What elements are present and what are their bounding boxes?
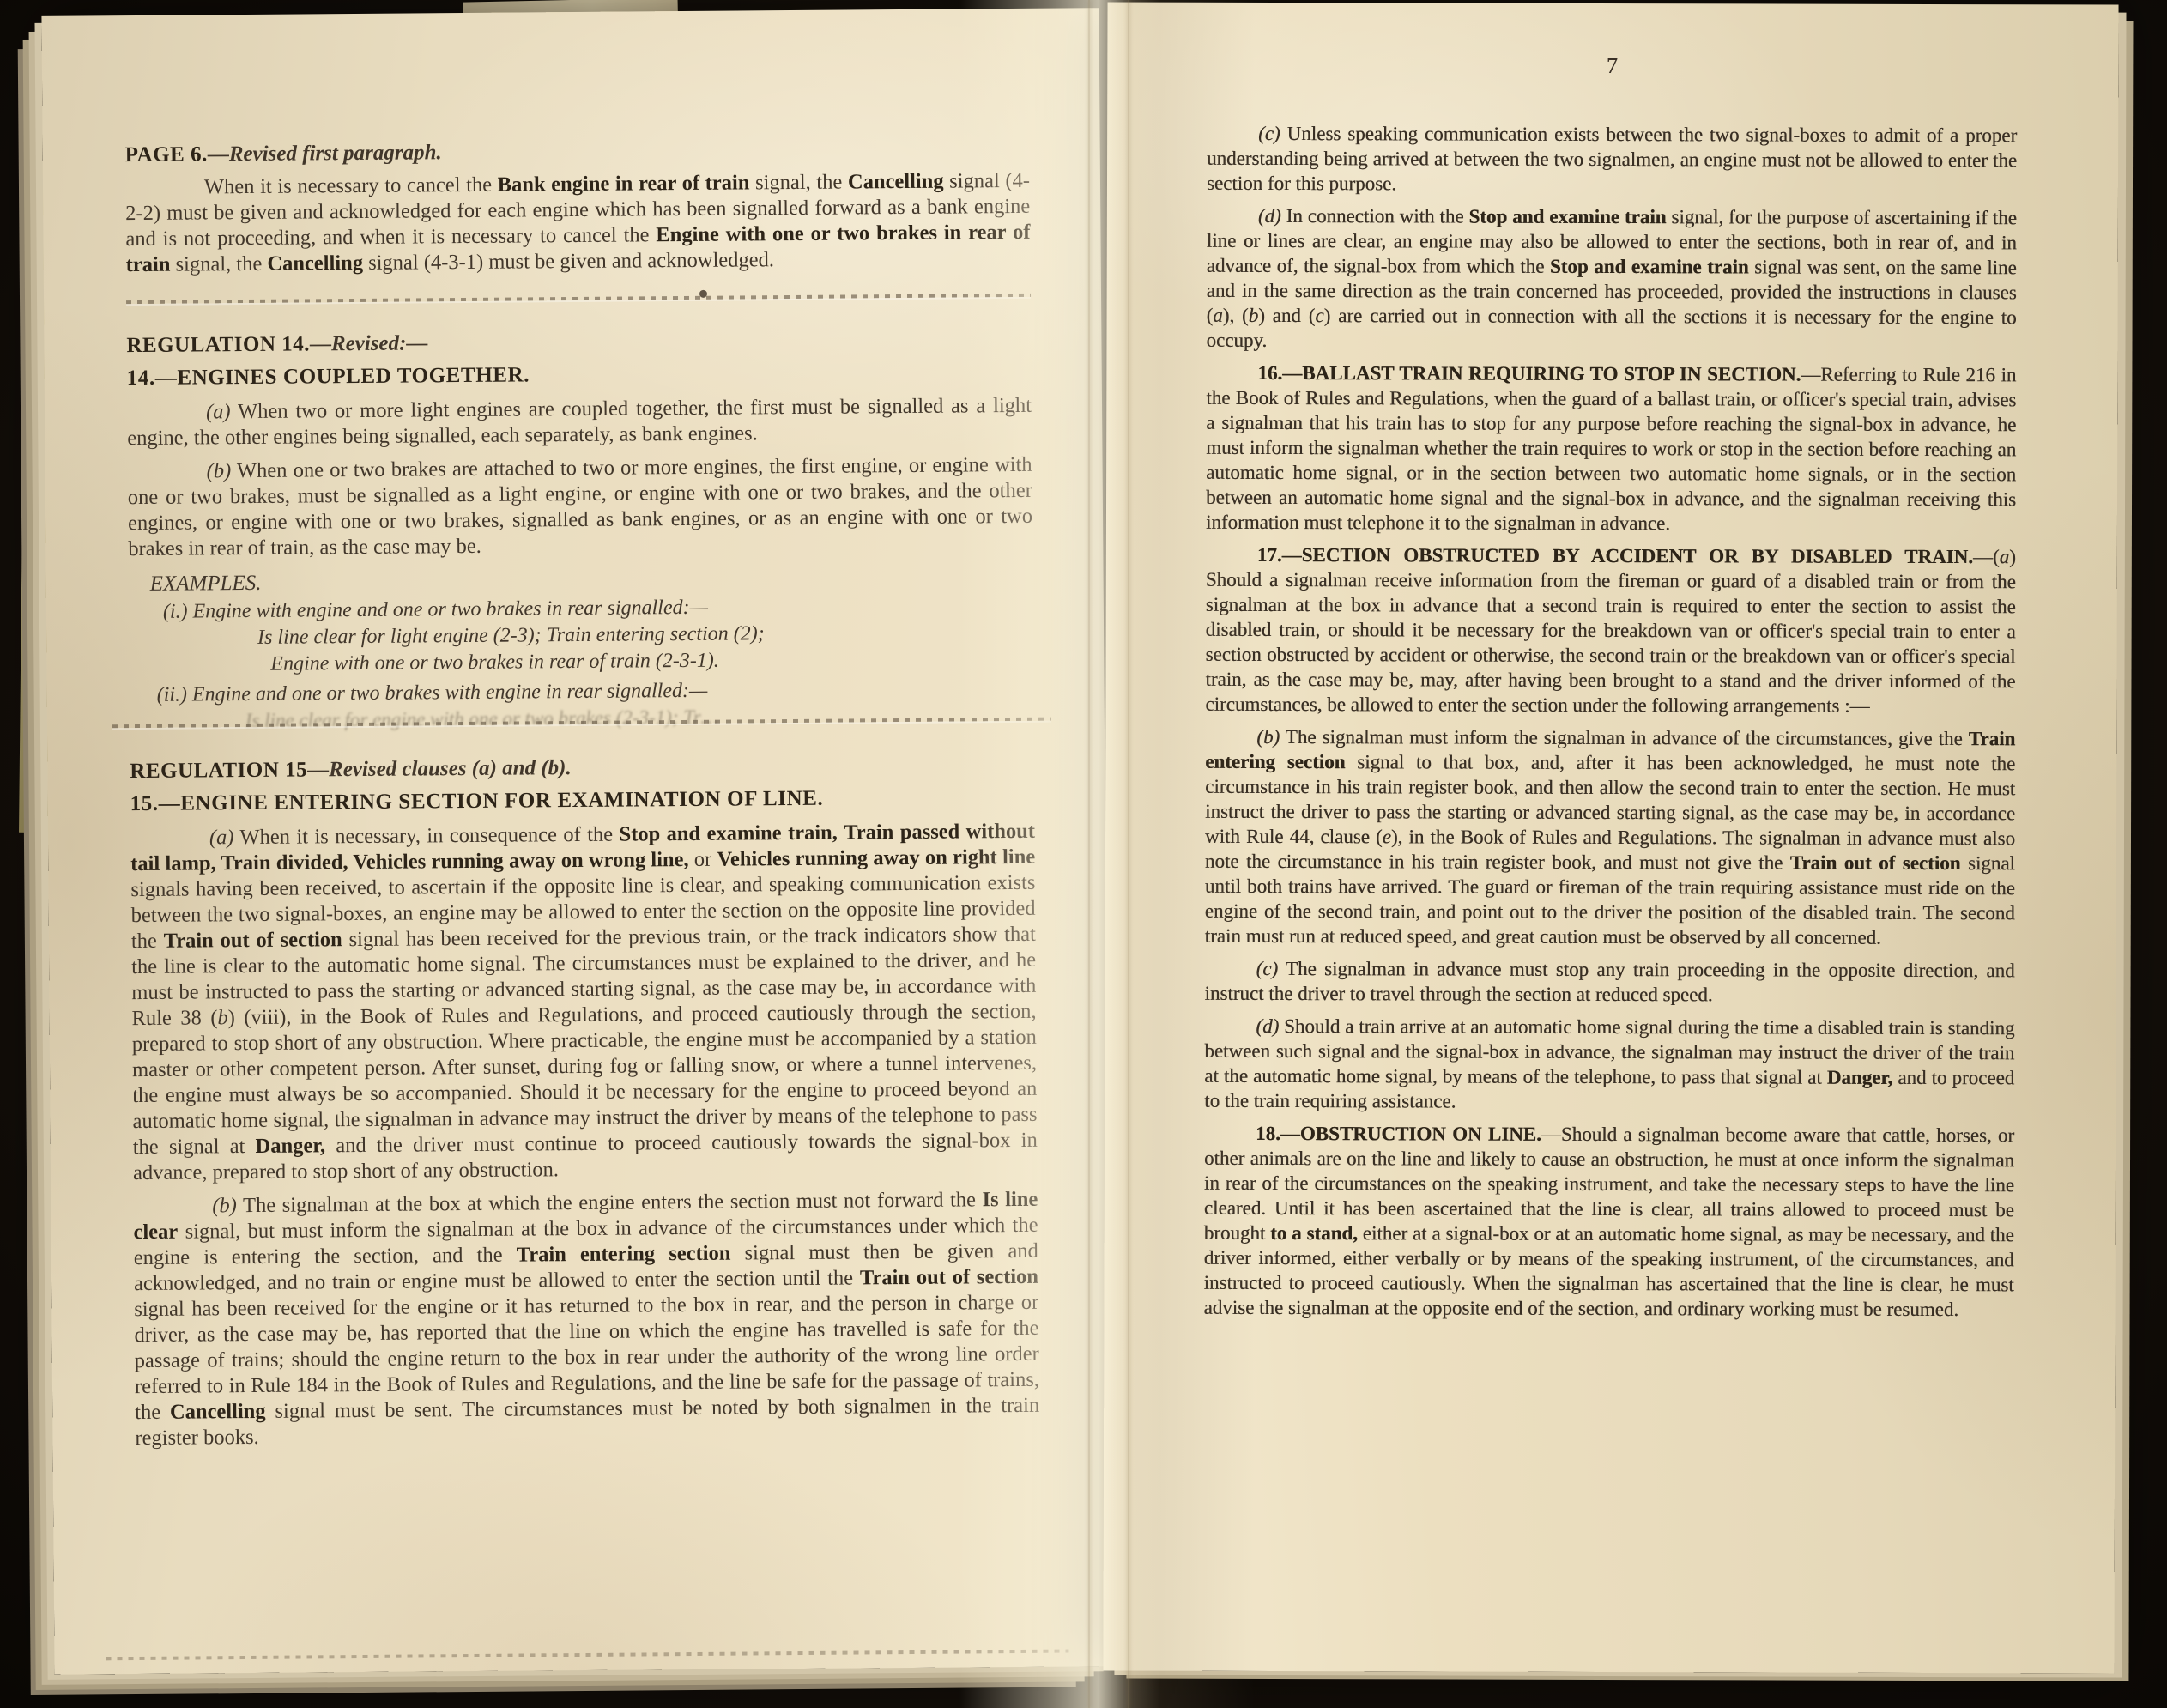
rule18-paragraph: 18.—OBSTRUCTION ON LINE.—Should a signal… xyxy=(1204,1121,2015,1322)
regulation15-caption: REGULATION 15—Revised clauses (a) and (b… xyxy=(130,752,1034,784)
perforation-line xyxy=(126,294,1031,304)
ink-speck xyxy=(699,290,707,298)
left-page: PAGE 6.—Revised first paragraph. When it… xyxy=(41,8,1111,1675)
regulation15-clause-b: (b) The signalman at the box at which th… xyxy=(133,1187,1039,1451)
clause-d-paragraph: (d) In connection with the Stop and exam… xyxy=(1206,203,2016,354)
regulation14-clause-a: (a) When two or more light engines are c… xyxy=(127,393,1032,451)
examples-block: EXAMPLES. (i.) Engine with engine and on… xyxy=(129,563,1034,709)
rule17-clause-c: (c) The signalman in advance must stop a… xyxy=(1204,956,2014,1008)
clause-c-paragraph: (c) Unless speaking communication exists… xyxy=(1207,121,2017,197)
rule16-paragraph: 16.—BALLAST TRAIN REQUIRING TO STOP IN S… xyxy=(1206,360,2017,536)
regulation15-clause-a: (a) When it is necessary, in consequence… xyxy=(130,819,1038,1186)
page-number: 7 xyxy=(1207,52,2017,80)
page6-revision-heading: PAGE 6.—Revised first paragraph. xyxy=(125,136,1030,168)
regulation14-clause-b: (b) When one or two brakes are attached … xyxy=(127,452,1032,562)
regulation15-title: 15.—ENGINE ENTERING SECTION FOR EXAMINAT… xyxy=(130,784,1035,817)
book-spread: PAGE 6.—Revised first paragraph. When it… xyxy=(0,0,2167,1708)
regulation14-title: 14.—ENGINES COUPLED TOGETHER. xyxy=(127,359,1032,391)
torn-faded-line-wrap: Is line clear for engine with one or two… xyxy=(130,704,1034,733)
rule17-paragraph: 17.—SECTION OBSTRUCTED BY ACCIDENT OR BY… xyxy=(1205,542,2016,718)
rule17-clause-b: (b) The signalman must inform the signal… xyxy=(1205,724,2016,950)
right-page: 7 (c) Unless speaking communication exis… xyxy=(1103,2,2118,1673)
rule17-clause-d: (d) Should a train arrive at an automati… xyxy=(1204,1014,2014,1115)
page6-paragraph: When it is necessary to cancel the Bank … xyxy=(125,168,1031,278)
regulation14-caption: REGULATION 14.—Revised:— xyxy=(126,326,1031,359)
perforation-line-bottom xyxy=(106,1650,1068,1661)
